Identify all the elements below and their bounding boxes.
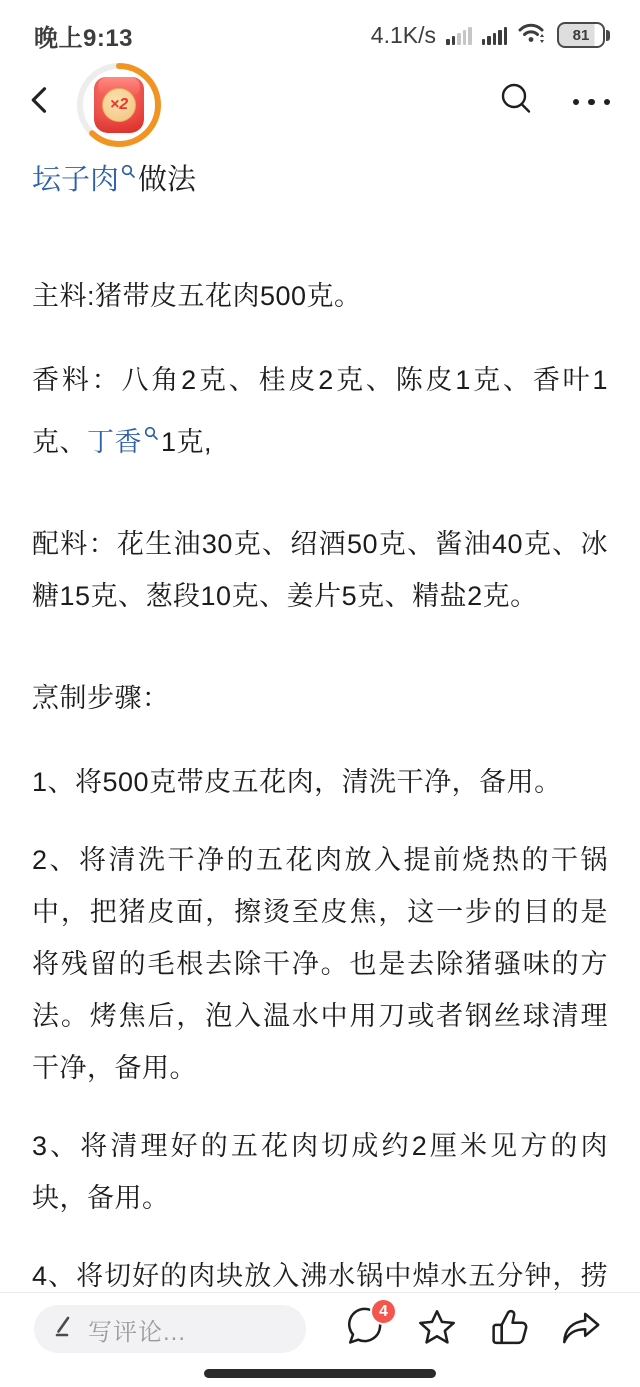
clock: 晚上9:13 — [34, 18, 133, 53]
step-2: 2、将清洗干净的五花肉放入提前烧热的干锅中，把猪皮面，擦烫至皮焦，这一步的目的是… — [32, 834, 608, 1094]
step-1: 1、将500克带皮五花肉，清洗干净，备用。 — [32, 756, 608, 808]
comment-input[interactable]: 写评论... — [34, 1305, 306, 1353]
comments-button[interactable]: 4 — [342, 1305, 388, 1351]
title-keyword-link[interactable]: 坛子肉 — [32, 164, 119, 196]
search-icon — [497, 80, 537, 120]
status-indicators: 4.1K/s 81 — [371, 20, 610, 50]
nav-bar: ×2 — [0, 56, 640, 148]
steps-list: 1、将500克带皮五花肉，清洗干净，备用。 2、将清洗干净的五花肉放入提前烧热的… — [32, 756, 608, 1354]
multiplier-label: ×2 — [110, 96, 128, 114]
star-icon — [414, 1305, 460, 1351]
status-bar: 晚上9:13 4.1K/s 81 — [0, 0, 640, 56]
spice-keyword-link[interactable]: 丁香 — [87, 427, 142, 457]
battery-percent: 81 — [573, 27, 590, 44]
wifi-icon — [517, 20, 547, 50]
pencil-icon — [52, 1315, 76, 1344]
search-button[interactable] — [497, 80, 537, 125]
favorite-button[interactable] — [414, 1305, 460, 1351]
share-arrow-icon — [558, 1305, 604, 1351]
title-suffix: 做法 — [138, 164, 196, 196]
back-chevron-icon — [22, 82, 58, 123]
share-button[interactable] — [558, 1305, 604, 1351]
reward-progress-widget[interactable]: ×2 — [74, 60, 164, 150]
article-body: 主料:猪带皮五花肉500克。 香料：八角2克、桂皮2克、陈皮1克、香叶1克、丁香… — [32, 270, 608, 1354]
step-3: 3、将清理好的五花肉切成约2厘米见方的肉块，备用。 — [32, 1120, 608, 1224]
accessories-paragraph: 配料：花生油30克、绍酒50克、酱油40克、冰糖15克、葱段10克、姜片5克、精… — [32, 518, 608, 622]
network-speed: 4.1K/s — [371, 22, 436, 49]
search-superscript-icon[interactable] — [121, 150, 136, 190]
multiplier-coin-badge: ×2 — [102, 88, 136, 122]
home-indicator-bar[interactable] — [204, 1369, 436, 1378]
back-button[interactable] — [22, 80, 62, 124]
signal-strength-icon-sim2 — [482, 25, 508, 45]
nav-actions — [497, 80, 611, 125]
signal-strength-icon-sim1 — [446, 25, 472, 45]
spices-paragraph: 香料：八角2克、桂皮2克、陈皮1克、香叶1克、丁香1克, — [32, 354, 608, 468]
more-options-button[interactable] — [573, 89, 611, 116]
search-superscript-icon[interactable] — [144, 406, 159, 458]
article-content: 坛子肉做法 主料:猪带皮五花肉500克。 香料：八角2克、桂皮2克、陈皮1克、香… — [0, 148, 640, 1354]
comment-count-badge: 4 — [370, 1298, 397, 1325]
article-title: 坛子肉做法 — [32, 150, 608, 200]
red-envelope-icon: ×2 — [94, 77, 144, 133]
like-button[interactable] — [486, 1305, 532, 1351]
more-dots-icon — [573, 99, 580, 106]
steps-heading: 烹制步骤： — [32, 672, 608, 724]
spices-text-end: 1克, — [161, 427, 212, 457]
comment-placeholder: 写评论... — [88, 1312, 186, 1347]
battery-icon: 81 — [557, 22, 610, 48]
thumbs-up-icon — [486, 1305, 532, 1351]
main-ingredient-paragraph: 主料:猪带皮五花肉500克。 — [32, 270, 608, 322]
article-actions: 4 — [306, 1305, 610, 1351]
